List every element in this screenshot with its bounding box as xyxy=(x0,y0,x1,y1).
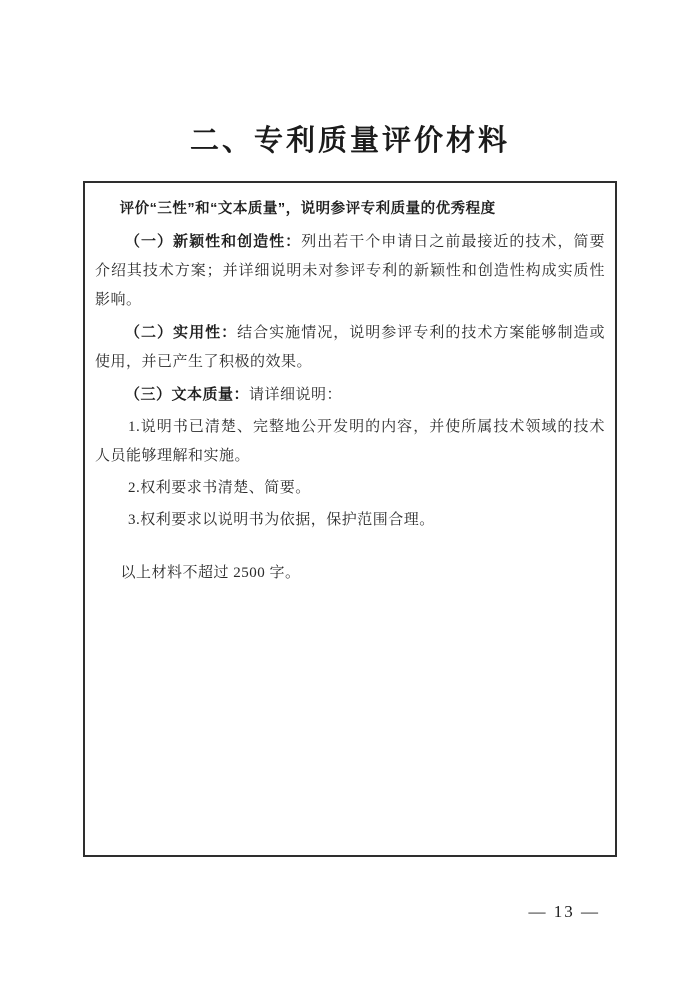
page-number: — 13 — xyxy=(529,902,601,922)
paragraph-novelty-label: （一）新颖性和创造性： xyxy=(125,233,301,250)
paragraph-novelty: （一）新颖性和创造性：列出若干个申请日之前最接近的技术，简要介绍其技术方案；并详… xyxy=(95,227,605,315)
paragraph-utility-label: （二）实用性： xyxy=(125,324,237,341)
list-item-2: 2.权利要求书清楚、简要。 xyxy=(95,474,605,503)
page-title: 二、专利质量评价材料 xyxy=(0,118,700,159)
content-box: 评价“三性”和“文本质量”，说明参评专利质量的优秀程度 （一）新颖性和创造性：列… xyxy=(83,181,617,857)
paragraph-text-quality-text: 请详细说明： xyxy=(249,387,342,403)
document-page: { "page": { "title": "二、专利质量评价材料", "page… xyxy=(0,0,700,990)
paragraph-text-quality-label: （三）文本质量： xyxy=(125,386,249,403)
box-header: 评价“三性”和“文本质量”，说明参评专利质量的优秀程度 xyxy=(95,195,605,224)
paragraph-utility: （二）实用性：结合实施情况，说明参评专利的技术方案能够制造或使用，并已产生了积极… xyxy=(95,318,605,377)
list-item-1: 1.说明书已清楚、完整地公开发明的内容，并使所属技术领域的技术人员能够理解和实施… xyxy=(95,413,605,471)
word-limit-note: 以上材料不超过 2500 字。 xyxy=(95,559,605,588)
list-item-3: 3.权利要求以说明书为依据，保护范围合理。 xyxy=(95,506,605,535)
paragraph-text-quality: （三）文本质量：请详细说明： xyxy=(95,380,605,410)
